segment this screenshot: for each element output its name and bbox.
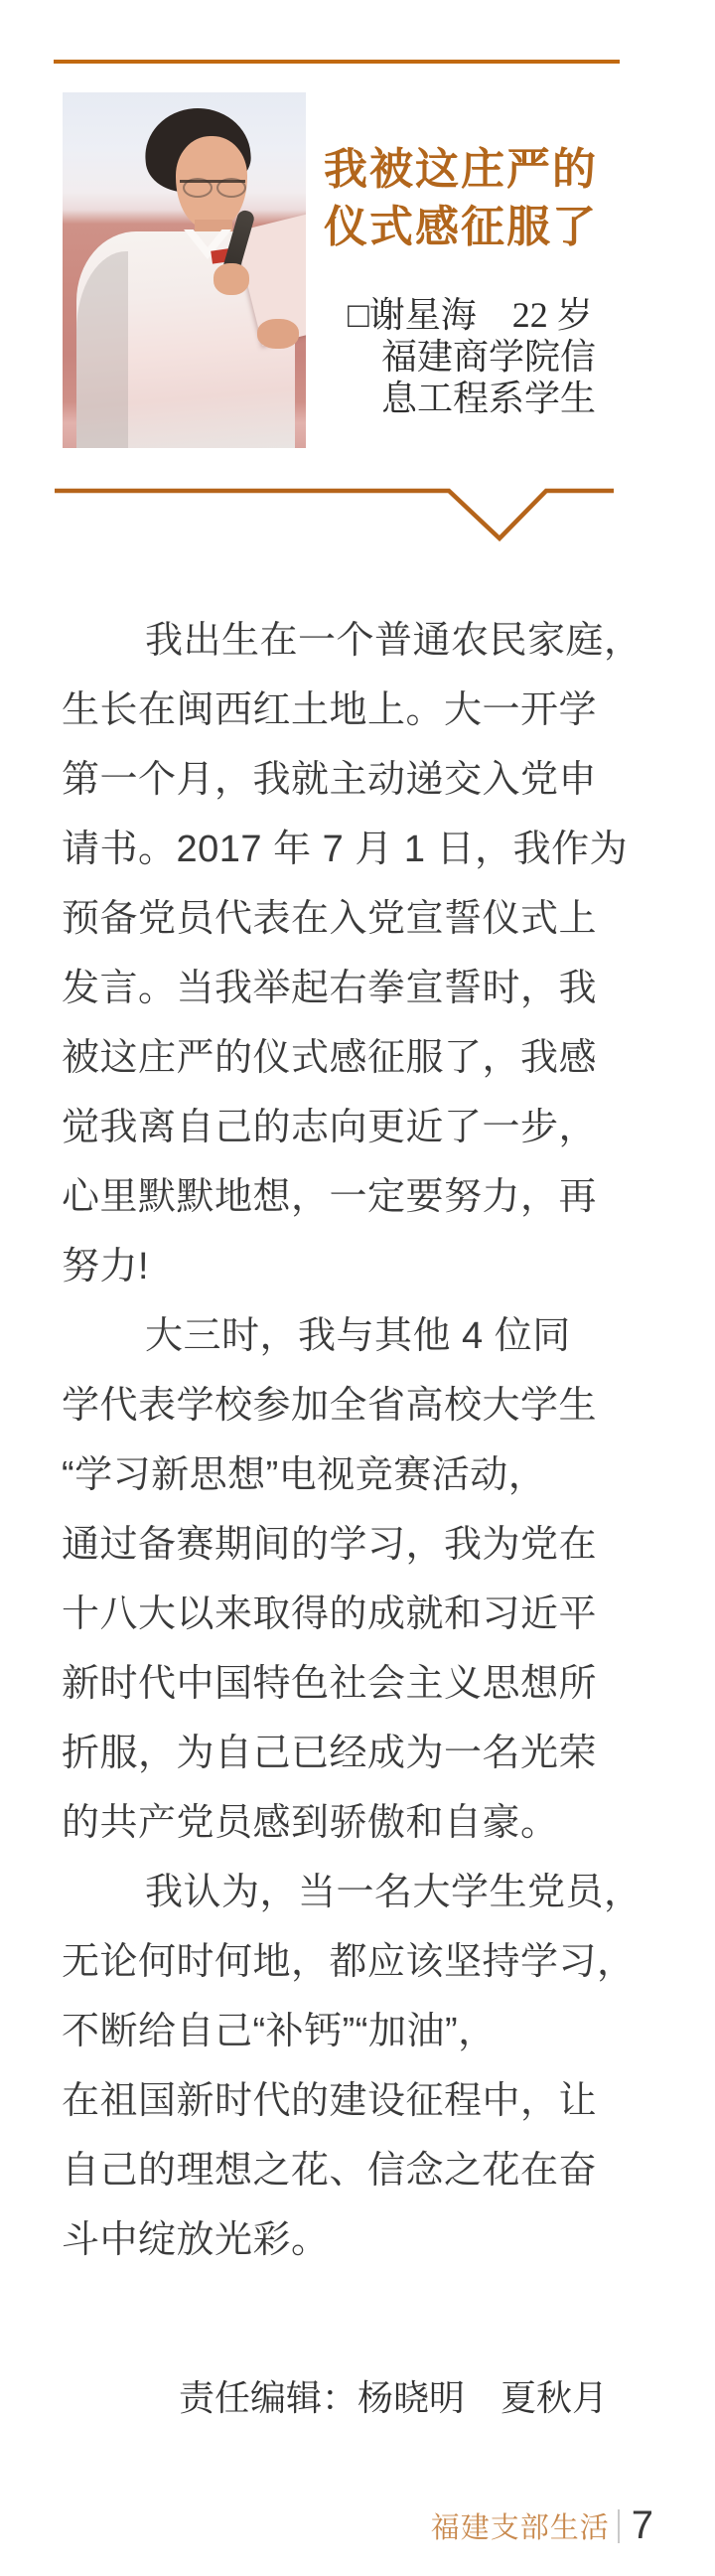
magazine-name: 福建支部生活 [431, 2505, 610, 2546]
text-line: 心里默默地想，一定要努力，再 [62, 1162, 610, 1232]
text-line: 不断给自己“补钙”“加油”， [62, 1997, 610, 2066]
title-line-1: 我被这庄严的 [324, 141, 612, 199]
text-line: 无论何时何地，都应该坚持学习， [62, 1927, 610, 1997]
editor-credit: 责任编辑：杨晓明 夏秋月 [179, 2370, 608, 2421]
page-footer: 福建支部生活 7 [431, 2503, 653, 2548]
article-body: 我出生在一个普通农民家庭， 生长在闽西红土地上。大一开学 第一个月，我就主动递交… [62, 606, 610, 2275]
article-title: 我被这庄严的 仪式感征服了 [324, 141, 612, 256]
footer-divider [618, 2509, 620, 2543]
text-line: 生长在闽西红土地上。大一开学 [62, 676, 610, 745]
author-name-age: □谢星海 22 岁 [348, 294, 596, 336]
top-rule-line [54, 60, 620, 64]
text-line: 努力! [62, 1232, 610, 1301]
text-line: 斗中绽放光彩。 [62, 2205, 610, 2275]
text-line: 十八大以来取得的成就和习近平 [62, 1580, 610, 1649]
text-line: 我认为，当一名大学生党员， [62, 1858, 610, 1927]
zigzag-divider [0, 475, 715, 554]
text-line: 新时代中国特色社会主义思想所 [62, 1649, 610, 1719]
text-line: 大三时，我与其他 4 位同 [62, 1301, 610, 1371]
text-line: 请书。2017 年 7 月 1 日，我作为 [62, 815, 610, 884]
text-line: 自己的理想之花、信念之花在奋 [62, 2136, 610, 2205]
title-line-2: 仪式感征服了 [324, 199, 612, 256]
text-line: 第一个月，我就主动递交入党申 [62, 745, 610, 815]
author-block: □谢星海 22 岁 福建商学院信 息工程系学生 [348, 294, 596, 419]
text-line: 被这庄严的仪式感征服了，我感 [62, 1023, 610, 1093]
author-photo [63, 92, 306, 448]
text-line: 预备党员代表在入党宣誓仪式上 [62, 884, 610, 954]
text-line: 折服，为自己已经成为一名光荣 [62, 1719, 610, 1788]
text-line: 发言。当我举起右拳宣誓时，我 [62, 954, 610, 1023]
magazine-page: 我被这庄严的 仪式感征服了 □谢星海 22 岁 福建商学院信 息工程系学生 我出… [0, 0, 715, 2576]
author-affiliation-line-1: 福建商学院信 [348, 336, 596, 378]
text-line: 通过备赛期间的学习，我为党在 [62, 1510, 610, 1580]
author-affiliation-line-2: 息工程系学生 [348, 378, 596, 419]
text-line: 觉我离自己的志向更近了一步， [62, 1093, 610, 1162]
text-line: 学代表学校参加全省高校大学生 [62, 1371, 610, 1440]
text-line: 我出生在一个普通农民家庭， [62, 606, 610, 676]
text-line: 在祖国新时代的建设征程中，让 [62, 2066, 610, 2136]
left-hand [257, 319, 299, 349]
right-hand [214, 263, 249, 295]
page-number: 7 [632, 2503, 653, 2548]
glasses [180, 180, 245, 195]
text-line: “学习新思想”电视竞赛活动， [62, 1440, 610, 1510]
text-line: 的共产党员感到骄傲和自豪。 [62, 1788, 610, 1858]
